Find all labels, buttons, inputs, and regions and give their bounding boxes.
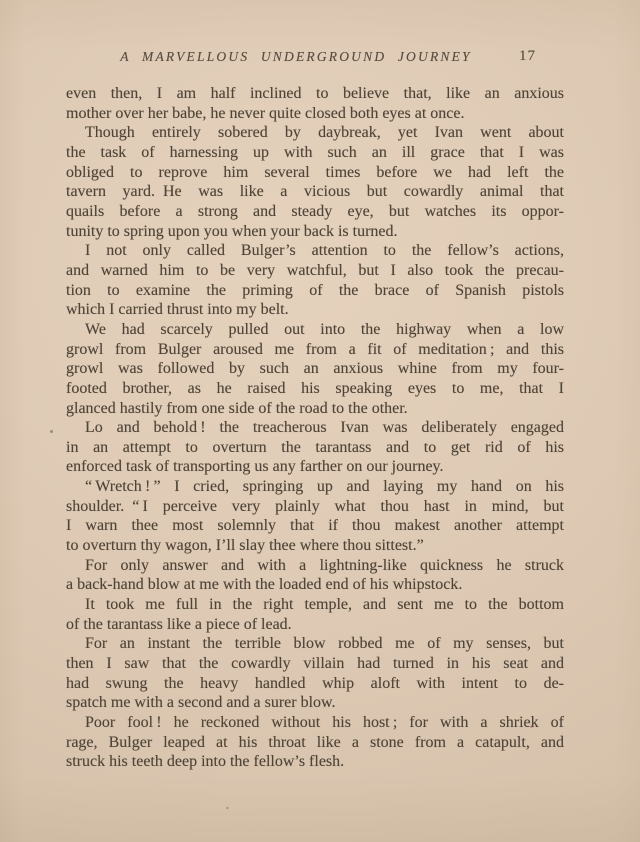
paragraph: Lo and behold ! the treacherous Ivan was… (66, 418, 564, 477)
paper-speck (50, 430, 53, 433)
paper-speck (530, 725, 533, 728)
paragraph: Poor fool ! he reckoned without his host… (66, 713, 564, 772)
text-line: had swung the heavy handled whip aloft w… (66, 674, 564, 694)
text-line: “ Wretch ! ” I cried, springing up and l… (66, 477, 564, 497)
text-line: of the tarantass like a piece of lead. (66, 615, 564, 635)
text-line: For only answer and with a lightning-lik… (66, 556, 564, 576)
text-line: growl was followed by such an anxious wh… (66, 359, 564, 379)
text-line: tavern yard. He was like a vicious but c… (66, 182, 564, 202)
paragraph: Though entirely sobered by daybreak, yet… (66, 123, 564, 241)
text-line: glanced hastily from one side of the roa… (66, 399, 564, 419)
text-line: spatch me with a second and a surer blow… (66, 693, 564, 713)
text-line: rage, Bulger leaped at his throat like a… (66, 733, 564, 753)
text-line: and warned him to be very watchful, but … (66, 261, 564, 281)
text-line: enforced task of transporting us any far… (66, 457, 564, 477)
text-line: I not only called Bulger’s attention to … (66, 241, 564, 261)
text-line: Poor fool ! he reckoned without his host… (66, 713, 564, 733)
paragraph: For only answer and with a lightning-lik… (66, 556, 564, 595)
text-line: growl from Bulger aroused me from a fit … (66, 340, 564, 360)
text-line: footed brother, as he raised his speakin… (66, 379, 564, 399)
text-line: For an instant the terrible blow robbed … (66, 634, 564, 654)
text-line: shoulder. “ I perceive very plainly what… (66, 497, 564, 517)
text-line: We had scarcely pulled out into the high… (66, 320, 564, 340)
text-line: even then, I am half inclined to believe… (66, 84, 564, 104)
text-line: struck his teeth deep into the fellow’s … (66, 752, 564, 772)
text-line: tunity to spring upon you when your back… (66, 222, 564, 242)
text-block: even then, I am half inclined to believe… (66, 84, 564, 772)
text-line: then I saw that the cowardly villain had… (66, 654, 564, 674)
paragraph: We had scarcely pulled out into the high… (66, 320, 564, 418)
text-line: the task of harnessing up with such an i… (66, 143, 564, 163)
paragraph: For an instant the terrible blow robbed … (66, 634, 564, 713)
paragraph: “ Wretch ! ” I cried, springing up and l… (66, 477, 564, 556)
text-line: a back-hand blow at me with the loaded e… (66, 575, 564, 595)
book-page-scan: A MARVELLOUS UNDERGROUND JOURNEY 17 even… (0, 0, 640, 842)
text-line: Though entirely sobered by daybreak, yet… (66, 123, 564, 143)
text-line: to overturn thy wagon, I’ll slay thee wh… (66, 536, 564, 556)
paragraph: even then, I am half inclined to believe… (66, 84, 564, 123)
running-head-title: A MARVELLOUS UNDERGROUND JOURNEY (120, 49, 472, 65)
running-header: A MARVELLOUS UNDERGROUND JOURNEY 17 (56, 49, 536, 69)
paper-speck (226, 807, 229, 809)
text-line: Lo and behold ! the treacherous Ivan was… (66, 418, 564, 438)
text-line: I warn thee most solemnly that if thou m… (66, 516, 564, 536)
text-line: which I carried thrust into my belt. (66, 300, 564, 320)
text-line: tion to examine the priming of the brace… (66, 281, 564, 301)
text-line: It took me full in the right temple, and… (66, 595, 564, 615)
page-number: 17 (519, 48, 536, 65)
text-line: quails before a strong and steady eye, b… (66, 202, 564, 222)
paragraph: I not only called Bulger’s attention to … (66, 241, 564, 320)
text-line: obliged to reprove him several times bef… (66, 163, 564, 183)
paragraph: It took me full in the right temple, and… (66, 595, 564, 634)
text-line: mother over her babe, he never quite clo… (66, 104, 564, 124)
text-line: in an attempt to overturn the tarantass … (66, 438, 564, 458)
